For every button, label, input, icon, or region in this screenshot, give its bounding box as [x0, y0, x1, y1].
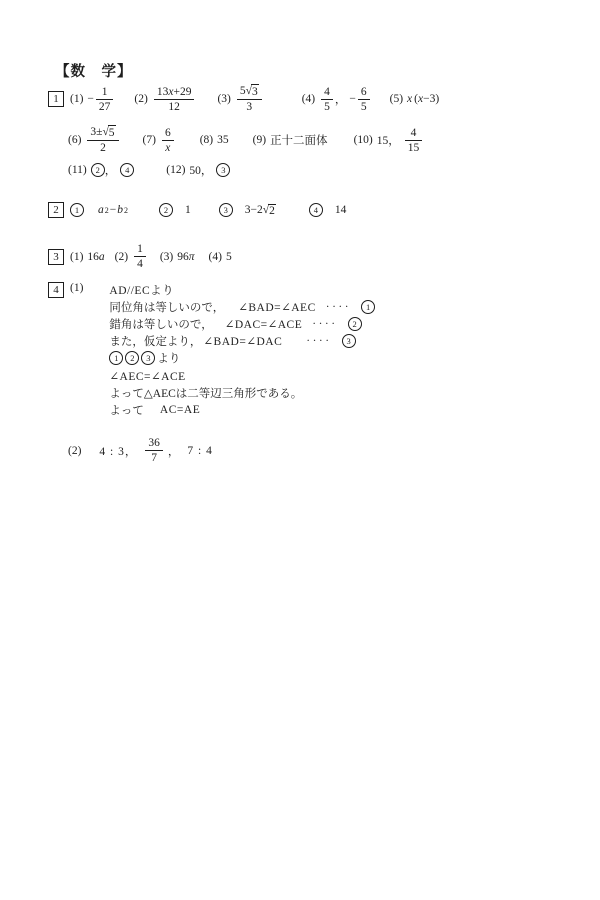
proof-line-8: よって AC=AE — [109, 401, 375, 418]
denominator: 27 — [96, 99, 114, 114]
section4-box-number: 4 — [48, 282, 64, 298]
answer-3-2: (2) 1 4 — [115, 242, 148, 272]
section4-row: 4 (1) AD//ECより 同位角は等しいので， ∠BAD=∠AEC ····… — [48, 281, 375, 419]
proof-line-1: AD//ECより — [109, 281, 375, 298]
expression: 3−2√2 — [245, 204, 276, 217]
answer-value: 正十二面体 — [270, 132, 328, 148]
circled-number: 1 — [361, 300, 375, 314]
variable-b: b — [117, 204, 123, 216]
expression-tail: −3) — [423, 93, 439, 105]
section3-box-number: 3 — [48, 249, 64, 265]
ratio-value: 7 : 4 — [187, 445, 212, 457]
leader-dots: ···· — [312, 318, 337, 330]
circled-number: 4 — [309, 203, 323, 217]
answer-number: (5) — [390, 93, 403, 105]
answer-1-10: (10) 15， 4 15 — [354, 126, 425, 156]
proof-line-5: 1 2 3 より — [109, 350, 375, 367]
fraction: 13x+29 12 — [154, 85, 195, 115]
circled-number: 2 — [159, 203, 173, 217]
circled-number: 3 — [342, 334, 356, 348]
answer-1-1: (1) − 1 27 — [70, 85, 115, 115]
angle-equation: ∠AEC=∠ACE — [109, 369, 185, 383]
segment-equation: AC=AE — [160, 404, 200, 416]
fraction: 1 4 — [134, 242, 146, 272]
section1-row3: (11) 2 ， 4 (12) 50， 3 — [68, 162, 230, 178]
proof-line-6: ∠AEC=∠ACE — [109, 367, 375, 384]
proof-line-4: また，仮定より， ∠BAD=∠DAC ···· 3 — [109, 333, 375, 350]
answer-2-3: 3 3−2√2 — [219, 203, 276, 217]
denominator: 3 — [237, 99, 262, 114]
numerator: 3±√5 — [87, 125, 118, 140]
section1-row2: (6) 3±√5 2 (7) 6 x (8) 35 (9) 正十二面体 (10)… — [68, 125, 424, 156]
answer-1-2: (2) 13x+29 12 — [134, 85, 196, 115]
constant: +29 — [173, 85, 191, 99]
variable-a: a — [98, 204, 104, 216]
answer-value: 5 — [226, 251, 232, 263]
answer-number: (2) — [68, 445, 81, 457]
fraction: 1 27 — [96, 85, 114, 115]
answer-number: (2) — [134, 93, 147, 105]
answer-1-5: (5) x ( x −3) — [390, 93, 440, 105]
denominator: 15 — [405, 140, 423, 155]
page-title: 【数 学】 — [55, 60, 133, 81]
fraction: 4 5 — [321, 85, 333, 115]
answer-3-4: (4) 5 — [209, 251, 232, 263]
answer-3-1: (1) 16a — [70, 251, 105, 263]
answer-number: (3) — [217, 93, 230, 105]
angle-equation: ∠BAD=∠AEC — [238, 300, 316, 314]
answer-number: (4) — [209, 251, 222, 263]
answer-number: (3) — [160, 251, 173, 263]
comma: ， — [168, 443, 180, 459]
coefficient: 96 — [177, 251, 189, 263]
denominator: 4 — [134, 256, 146, 271]
answer-number: (4) — [302, 93, 315, 105]
parallel-statement: AD//ECより — [109, 282, 174, 298]
suffix-text: より — [157, 350, 180, 366]
answer-sheet-page: 【数 学】 1 (1) − 1 27 (2) 13x+29 12 (3) 5√3… — [0, 0, 600, 900]
section3-row: 3 (1) 16a (2) 1 4 (3) 96π (4) 5 — [48, 242, 232, 272]
coefficient: 3± — [90, 125, 102, 139]
circled-number: 3 — [216, 163, 230, 177]
answer-number: (11) — [68, 164, 87, 176]
numerator: 1 — [134, 242, 146, 256]
answer-3-3: (3) 96π — [160, 251, 195, 263]
exponent: 2 — [105, 206, 109, 215]
answer-value: 14 — [335, 204, 347, 216]
answer-1-11: (11) 2 ， 4 — [68, 162, 134, 178]
section4-part2-row: (2) 4 : 3， 36 7 ， 7 : 4 — [68, 436, 213, 466]
answer-1-7: (7) 6 x — [143, 126, 176, 156]
numerator: 5√3 — [237, 84, 262, 99]
fraction: 3±√5 2 — [87, 125, 118, 156]
radicand: 2 — [268, 204, 276, 217]
circled-number: 2 — [348, 317, 362, 331]
leader-dots: ···· — [306, 335, 331, 347]
variable-x: x — [407, 93, 412, 105]
comma: ， — [335, 91, 347, 107]
answer-number: (6) — [68, 134, 81, 146]
comma: ， — [105, 162, 117, 178]
answer-2-1: 1 a2−b2 — [70, 203, 129, 217]
proof-block: AD//ECより 同位角は等しいので， ∠BAD=∠AEC ···· 1 錯角は… — [109, 281, 375, 419]
answer-value: 35 — [217, 134, 229, 146]
fraction: 6 x — [162, 126, 174, 156]
answer-number: (1) — [70, 251, 83, 263]
answer-number: (2) — [115, 251, 128, 263]
reason-text: 錯角は等しいので， — [109, 316, 212, 332]
answer-number: (12) — [166, 164, 185, 176]
answer-number: (1) — [70, 282, 83, 294]
section2-box-number: 2 — [48, 202, 64, 218]
answer-number: (9) — [253, 134, 266, 146]
coefficient: 16 — [87, 251, 99, 263]
answer-1-9: (9) 正十二面体 — [253, 132, 328, 148]
answer-1-4: (4) 4 5 ， − 6 5 — [302, 85, 372, 115]
fraction: 5√3 3 — [237, 84, 262, 115]
section2-row: 2 1 a2−b2 2 1 3 3−2√2 4 14 — [48, 202, 346, 218]
numerator: 6 — [358, 85, 370, 99]
minus-sign: − — [110, 204, 117, 216]
section1-box-number: 1 — [48, 91, 64, 107]
expression-head: 3−2 — [245, 204, 263, 216]
denominator: 7 — [145, 450, 163, 465]
answer-1-3: (3) 5√3 3 — [217, 84, 263, 115]
circled-number: 1 — [109, 351, 123, 365]
answer-number: (7) — [143, 134, 156, 146]
coefficient: 13 — [157, 85, 169, 99]
denominator: 2 — [87, 140, 118, 155]
numerator: 6 — [162, 126, 174, 140]
answer-value: 50， — [189, 162, 212, 178]
answer-number: (10) — [354, 134, 373, 146]
angle-equation: ∠DAC=∠ACE — [225, 317, 303, 331]
circled-number: 2 — [91, 163, 105, 177]
proof-line-7: よって△AECは二等辺三角形である。 — [109, 384, 375, 401]
numerator: 13x+29 — [154, 85, 195, 99]
circled-number: 4 — [120, 163, 134, 177]
proof-line-2: 同位角は等しいので， ∠BAD=∠AEC ···· 1 — [109, 298, 375, 315]
answer-value: 1 — [185, 204, 191, 216]
angle-equation: ∠BAD=∠DAC — [203, 334, 282, 348]
numerator: 4 — [405, 126, 423, 140]
fraction: 4 15 — [405, 126, 423, 156]
answer-1-6: (6) 3±√5 2 — [68, 125, 121, 156]
fraction: 36 7 — [145, 436, 163, 466]
circled-number: 2 — [125, 351, 139, 365]
denominator: 12 — [154, 99, 195, 114]
numerator: 1 — [96, 85, 114, 99]
minus-sign: − — [87, 93, 94, 105]
answer-2-4: 4 14 — [309, 203, 347, 217]
answer-1-8: (8) 35 — [200, 134, 229, 146]
answer-value: 15， — [377, 132, 400, 148]
section1-row1: 1 (1) − 1 27 (2) 13x+29 12 (3) 5√3 3 (4) — [48, 84, 439, 115]
leader-dots: ···· — [326, 301, 351, 313]
variable-a: a — [99, 251, 105, 263]
circled-number: 1 — [70, 203, 84, 217]
proof-line-3: 錯角は等しいので， ∠DAC=∠ACE ···· 2 — [109, 315, 375, 332]
pi-symbol: π — [189, 251, 195, 263]
answer-1-12: (12) 50， 3 — [166, 162, 230, 178]
conclusion-text: よって△AECは二等辺三角形である。 — [109, 385, 302, 401]
answer-number: (1) — [70, 93, 83, 105]
denominator: 5 — [358, 99, 370, 114]
ratio-value: 4 : 3， — [99, 443, 137, 459]
numerator: 4 — [321, 85, 333, 99]
radicand: 3 — [251, 84, 259, 99]
fraction: 6 5 — [358, 85, 370, 115]
numerator: 36 — [145, 436, 163, 450]
circled-number: 3 — [141, 351, 155, 365]
denominator: x — [162, 140, 174, 155]
answer-2-2: 2 1 — [159, 203, 191, 217]
conclusion-label: よって — [109, 402, 144, 418]
minus-sign: − — [349, 93, 356, 105]
radicand: 5 — [108, 125, 116, 140]
answer-number: (8) — [200, 134, 213, 146]
reason-text: また，仮定より， — [109, 333, 201, 349]
circled-number: 3 — [219, 203, 233, 217]
denominator: 5 — [321, 99, 333, 114]
reason-text: 同位角は等しいので， — [109, 299, 224, 315]
exponent: 2 — [124, 206, 128, 215]
